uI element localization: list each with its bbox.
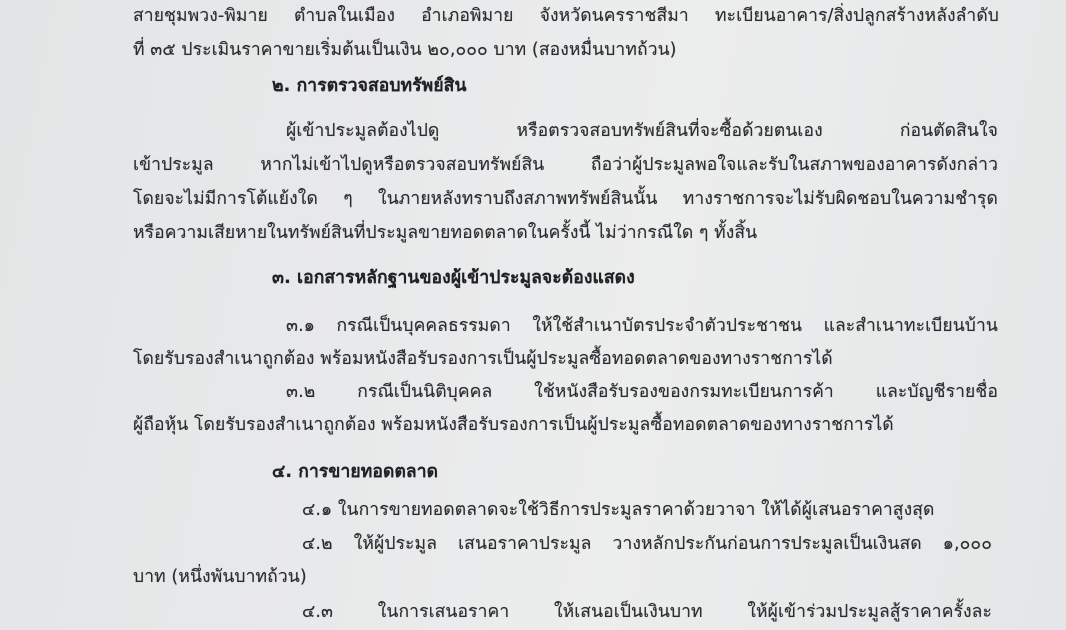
section-2-heading: ๒. การตรวจสอบทรัพย์สิน: [272, 72, 467, 100]
intro-line-1: สายชุมพวง-พิมาย ตำบลในเมือง อำเภอพิมาย จ…: [133, 2, 999, 30]
section-3-line-4: ผู้ถือหุ้น โดยรับรองสำเนาถูกต้อง พร้อมหน…: [133, 411, 894, 439]
document-page: สายชุมพวง-พิมาย ตำบลในเมือง อำเภอพิมาย จ…: [0, 0, 1066, 630]
section-3-line-2: โดยรับรองสำเนาถูกต้อง พร้อมหนังสือรับรอง…: [133, 345, 833, 373]
section-2-line-1: ผู้เข้าประมูลต้องไปดู หรือตรวจสอบทรัพย์ส…: [286, 117, 998, 145]
section-4-line-1: ๔.๑ ในการขายทอดตลาดจะใช้วิธีการประมูลราค…: [302, 496, 934, 524]
section-2-line-2: เข้าประมูล หากไม่เข้าไปดูหรือตรวจสอบทรัพ…: [133, 151, 998, 179]
section-4-heading: ๔. การขายทอดตลาด: [272, 458, 438, 486]
section-2-line-3: โดยจะไม่มีการโต้แย้งใด ๆ ในภายหลังทราบถึ…: [133, 185, 998, 213]
section-3-line-3: ๓.๒ กรณีเป็นนิติบุคคล ใช้หนังสือรับรองขอ…: [286, 378, 998, 406]
section-4-line-4: ๔.๓ ในการเสนอราคา ให้เสนอเป็นเงินบาท ให้…: [302, 598, 992, 626]
section-3-heading: ๓. เอกสารหลักฐานของผู้เข้าประมูลจะต้องแส…: [272, 264, 635, 292]
section-3-line-1: ๓.๑ กรณีเป็นบุคคลธรรมดา ให้ใช้สำเนาบัตรป…: [286, 312, 998, 340]
section-4-line-3: บาท (หนึ่งพันบาทถ้วน): [133, 563, 307, 591]
section-4-line-2: ๔.๒ ให้ผู้ประมูล เสนอราคาประมูล วางหลักป…: [302, 530, 992, 558]
intro-line-2: ที่ ๓๕ ประเมินราคาขายเริ่มต้นเป็นเงิน ๒๐…: [133, 36, 677, 64]
section-2-line-4: หรือความเสียหายในทรัพย์สินที่ประมูลขายทอ…: [133, 219, 757, 247]
